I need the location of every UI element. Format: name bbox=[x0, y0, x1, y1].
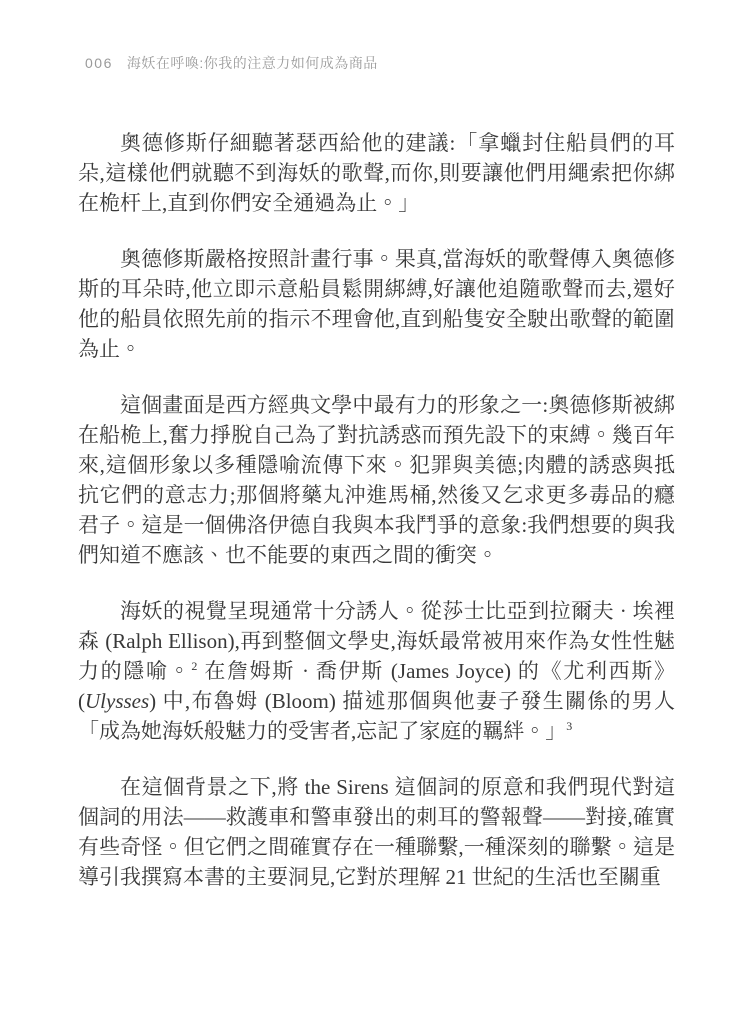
text-run: ) 中,布魯姆 (Bloom) 描述那個與他妻子發生關係的男人「成為她海妖般魅力… bbox=[78, 689, 675, 743]
paragraph: 奧德修斯嚴格按照計畫行事。果真,當海妖的歌聲傳入奧德修斯的耳朵時,他立即示意船員… bbox=[78, 244, 675, 364]
text-run: 奧德修斯嚴格按照計畫行事。果真,當海妖的歌聲傳入奧德修斯的耳朵時,他立即示意船員… bbox=[78, 247, 675, 361]
paragraph: 這個畫面是西方經典文學中最有力的形象之一:奧德修斯被綁在船桅上,奮力掙脫自己為了… bbox=[78, 390, 675, 570]
footnote-reference: 3 bbox=[566, 719, 572, 733]
running-header: 006海妖在呼喚:你我的注意力如何成為商品 bbox=[85, 53, 378, 73]
paragraph: 海妖的視覺呈現通常十分誘人。從莎士比亞到拉爾夫 · 埃裡森 (Ralph Ell… bbox=[78, 596, 675, 746]
book-title: 海妖在呼喚:你我的注意力如何成為商品 bbox=[127, 55, 378, 71]
body-text: 奧德修斯仔細聽著瑟西給他的建議:「拿蠟封住船員們的耳朵,這樣他們就聽不到海妖的歌… bbox=[78, 128, 675, 892]
text-run: 奧德修斯仔細聽著瑟西給他的建議:「拿蠟封住船員們的耳朵,這樣他們就聽不到海妖的歌… bbox=[78, 131, 675, 215]
paragraph: 奧德修斯仔細聽著瑟西給他的建議:「拿蠟封住船員們的耳朵,這樣他們就聽不到海妖的歌… bbox=[78, 128, 675, 218]
italic-book-title: Ulysses bbox=[85, 689, 149, 713]
text-run: 這個畫面是西方經典文學中最有力的形象之一:奧德修斯被綁在船桅上,奮力掙脫自己為了… bbox=[78, 393, 675, 567]
text-run: 在這個背景之下,將 the Sirens 這個詞的原意和我們現代對這個詞的用法—… bbox=[78, 775, 675, 889]
page-number: 006 bbox=[85, 55, 113, 71]
book-page: 006海妖在呼喚:你我的注意力如何成為商品 奧德修斯仔細聽著瑟西給他的建議:「拿… bbox=[0, 0, 750, 1014]
paragraph: 在這個背景之下,將 the Sirens 這個詞的原意和我們現代對這個詞的用法—… bbox=[78, 772, 675, 892]
